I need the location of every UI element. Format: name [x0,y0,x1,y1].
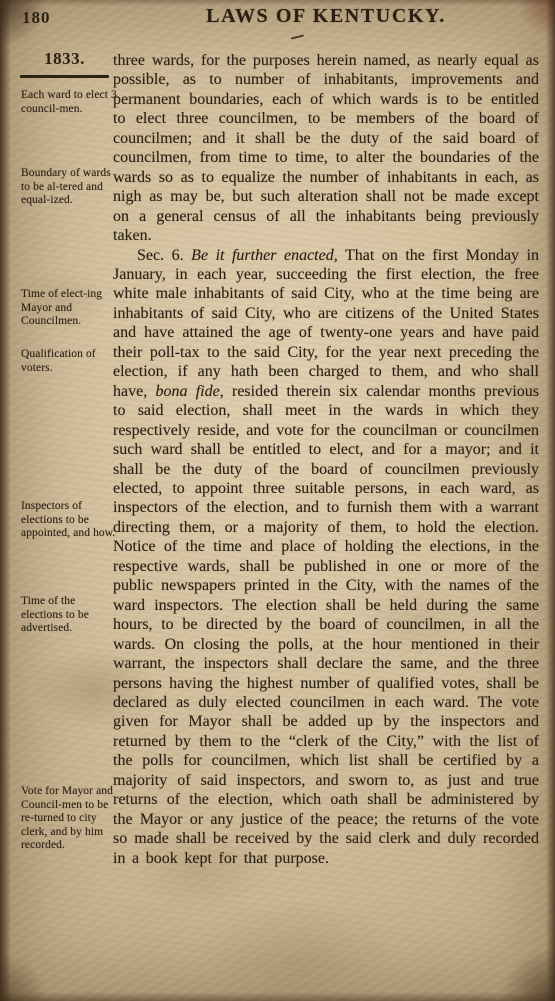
ink-mark [291,34,304,39]
margin-note-inspectors: Inspectors of elections to be appointed,… [21,500,117,541]
page-number: 180 [22,8,51,28]
statute-text: three wards, for the purposes herein nam… [113,51,539,868]
year-label: 1833. [20,49,109,69]
year-block: 1833. [20,49,109,78]
enacting-clause: Be it further enacted, [191,247,338,264]
margin-note-boundary: Boundary of wards to be al-tered and equ… [21,167,117,208]
running-title: LAWS OF KENTUCKY. [113,5,539,28]
margin-note-each-ward: Each ward to elect 3 council-men. [21,89,117,116]
margin-note-time-electing: Time of elect-ing Mayor and Councilmen. [21,288,117,329]
paragraph-continuation: three wards, for the purposes herein nam… [113,51,539,246]
margin-note-advertised: Time of the elections to be advertised. [21,595,117,636]
section-6-paragraph: Sec. 6. Be it further enacted, That on t… [113,246,539,869]
section-label: Sec. 6. [137,247,184,264]
section-text-part1: That on the first Monday in January, in … [113,247,539,400]
margin-note-vote-returned: Vote for Mayor and Council-men to be re-… [21,785,117,853]
book-page: 180 LAWS OF KENTUCKY. 1833. Each ward to… [0,0,555,1001]
margin-note-qualification: Qualification of voters. [21,348,117,375]
section-text-part2: resided therein six calendar months prev… [113,383,539,867]
year-divider-rule [20,75,109,78]
bona-fide-phrase: bona fide, [155,383,223,400]
